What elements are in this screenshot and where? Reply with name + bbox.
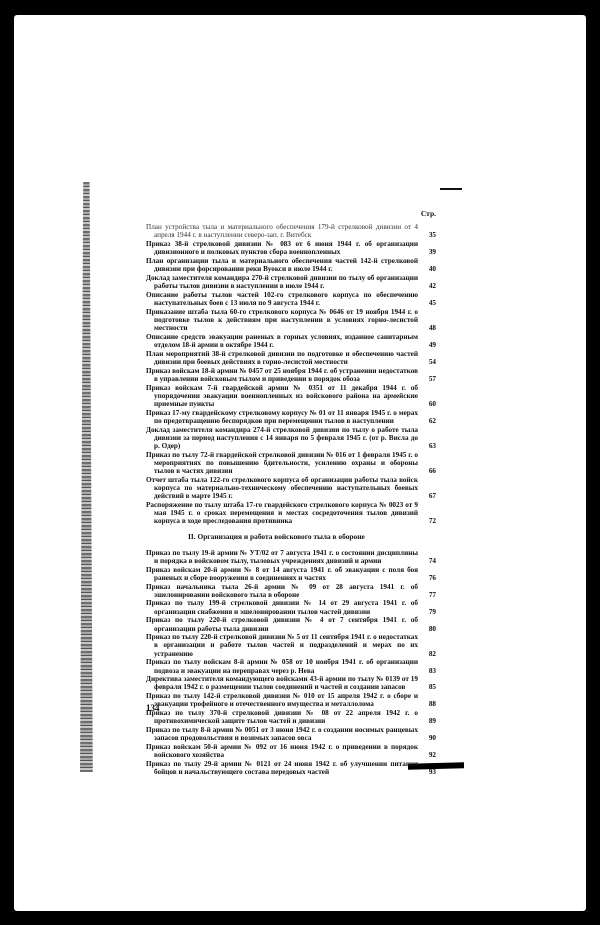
toc-entry-page: 89 (424, 717, 436, 725)
toc-entry: План устройства тыла и материального обе… (146, 223, 436, 239)
toc-entry-title: Доклад заместителя командира 270-й стрел… (146, 274, 424, 290)
toc-entry-page: 74 (424, 557, 436, 565)
toc-entry: Приказ по тылу 72-й гвардейской стрелков… (146, 451, 436, 476)
toc-entry: Приказ войскам 18-й армии № 0457 от 25 н… (146, 367, 436, 383)
toc-entry-page: 83 (424, 667, 436, 675)
toc-entry-title: Приказ 17-му гвардейскому стрелковому ко… (146, 409, 424, 425)
toc-entry-title: Приказ по тылу 29-й армии № 0121 от 24 и… (146, 760, 424, 776)
toc-entry-title: Доклад заместителя командира 274-й стрел… (146, 426, 424, 451)
toc-entry-title: Приказ 38-й стрелковой дивизии № 083 от … (146, 240, 424, 256)
toc-entry-title: Распоряжение по тылу штаба 17-го гвардей… (146, 501, 424, 526)
toc-entry-page: 67 (424, 492, 436, 500)
toc-entry-page: 90 (424, 734, 436, 742)
toc-entry-page: 72 (424, 517, 436, 525)
toc-entry-title: Приказ по тылу 8-й армии № 0051 от 3 июн… (146, 726, 424, 742)
toc-entry: Приказ по тылу 8-й армии № 0051 от 3 июн… (146, 726, 436, 742)
toc-entry: Доклад заместителя командира 274-й стрел… (146, 426, 436, 451)
page-number: 134 (146, 703, 160, 713)
toc-entry-page: 76 (424, 574, 436, 582)
toc-entry: Приказ по тылу 199-й стрелковой дивизии … (146, 599, 436, 615)
toc-entry: Приказ по тылу 370-й стрелковой дивизии … (146, 709, 436, 725)
toc-entry: План мероприятий 38-й стрелковой дивизии… (146, 350, 436, 366)
toc-entry: Приказ по тылу 19-й армии № УТ/02 от 7 а… (146, 549, 436, 565)
toc-entry-page: 35 (424, 231, 436, 239)
toc-entry: Приказ войскам 7-й гвардейской армии № 0… (146, 384, 436, 409)
toc-entry-page: 66 (424, 467, 436, 475)
toc-entry-title: Приказ по тылу 199-й стрелковой дивизии … (146, 599, 424, 615)
scan-mark-top (440, 188, 462, 190)
toc-entry: План организации тыла и материального об… (146, 257, 436, 273)
toc-entry-title: Приказ по тылу 370-й стрелковой дивизии … (146, 709, 424, 725)
toc-entry: Приказ по тылу войскам 8-й армии № 058 о… (146, 658, 436, 674)
toc-entry: Приказ по тылу 220-й стрелковой дивизии … (146, 616, 436, 632)
toc-entry: Приказ начальника тыла 26-й армии № 09 о… (146, 583, 436, 599)
toc-entry: Приказ по тылу 29-й армии № 0121 от 24 и… (146, 760, 436, 776)
toc-entry-page: 79 (424, 608, 436, 616)
toc-entry-title: План организации тыла и материального об… (146, 257, 424, 273)
section-1-entries: План устройства тыла и материального обе… (146, 223, 436, 525)
toc-entry: Приказ 38-й стрелковой дивизии № 083 от … (146, 240, 436, 256)
toc-entry-title: Приказ войскам 50-й армии № 092 от 16 ию… (146, 743, 424, 759)
toc-entry-title: Приказ по тылу 220-й стрелковой дивизии … (146, 633, 424, 658)
toc-entry-page: 49 (424, 341, 436, 349)
toc-entry-page: 39 (424, 248, 436, 256)
toc-entry-page: 85 (424, 683, 436, 691)
toc-entry-page: 80 (424, 625, 436, 633)
toc-entry: Приказ по тылу 220-й стрелковой дивизии … (146, 633, 436, 658)
toc-entry-title: Приказ войскам 20-й армии № 8 от 14 авгу… (146, 566, 424, 582)
toc-entry: Распоряжение по тылу штаба 17-го гвардей… (146, 501, 436, 526)
toc-entry: Доклад заместителя командира 270-й стрел… (146, 274, 436, 290)
toc-entry-title: Приказ по тылу 72-й гвардейской стрелков… (146, 451, 424, 476)
toc-entry-page: 82 (424, 650, 436, 658)
toc-entry-page: 77 (424, 591, 436, 599)
toc-entry: Описание работы тылов частей 102-го стре… (146, 291, 436, 307)
toc-entry-page: 63 (424, 442, 436, 450)
toc-entry-page: 40 (424, 265, 436, 273)
toc-entry-page: 45 (424, 299, 436, 307)
toc-entry-title: Приказание штаба тыла 60-го стрелкового … (146, 308, 424, 333)
toc-entry-title: План мероприятий 38-й стрелковой дивизии… (146, 350, 424, 366)
toc-entry: Приказ по тылу 142-й стрелковой дивизии … (146, 692, 436, 708)
toc-entry-page: 93 (424, 768, 436, 776)
toc-entry-title: Приказ начальника тыла 26-й армии № 09 о… (146, 583, 424, 599)
toc-entry: Описание средств эвакуации раненых в гор… (146, 333, 436, 349)
toc-entry: Приказ войскам 50-й армии № 092 от 16 ию… (146, 743, 436, 759)
page-column-header: Стр. (146, 210, 436, 218)
toc-entry: Директива заместителя командующего войск… (146, 675, 436, 691)
toc-entry-page: 92 (424, 751, 436, 759)
toc-entry: Приказ 17-му гвардейскому стрелковому ко… (146, 409, 436, 425)
toc-entry-title: Описание средств эвакуации раненых в гор… (146, 333, 424, 349)
toc-entry-title: Приказ по тылу войскам 8-й армии № 058 о… (146, 658, 424, 674)
toc-entry-page: 48 (424, 324, 436, 332)
toc-entry: Приказ войскам 20-й армии № 8 от 14 авгу… (146, 566, 436, 582)
toc-entry-title: План устройства тыла и материального обе… (146, 223, 424, 239)
toc-entry-page: 60 (424, 400, 436, 408)
toc-entry-page: 88 (424, 700, 436, 708)
toc-entry-title: Приказ по тылу 142-й стрелковой дивизии … (146, 692, 424, 708)
toc-entry-page: 57 (424, 375, 436, 383)
toc-entry-title: Приказ войскам 18-й армии № 0457 от 25 н… (146, 367, 424, 383)
toc-entry-page: 42 (424, 282, 436, 290)
toc-entry: Приказание штаба тыла 60-го стрелкового … (146, 308, 436, 333)
table-of-contents: Стр. План устройства тыла и материальног… (146, 210, 436, 777)
toc-entry-page: 62 (424, 417, 436, 425)
toc-entry-page: 54 (424, 358, 436, 366)
toc-entry: Отчет штаба тыла 122-го стрелкового корп… (146, 476, 436, 501)
toc-entry-title: Приказ войскам 7-й гвардейской армии № 0… (146, 384, 424, 409)
toc-entry-title: Описание работы тылов частей 102-го стре… (146, 291, 424, 307)
toc-entry-title: Директива заместителя командующего войск… (146, 675, 424, 691)
toc-entry-title: Приказ по тылу 220-й стрелковой дивизии … (146, 616, 424, 632)
section-2-entries: Приказ по тылу 19-й армии № УТ/02 от 7 а… (146, 549, 436, 776)
section-2-title: II. Организация и работа войскового тыла… (146, 533, 436, 541)
toc-entry-title: Приказ по тылу 19-й армии № УТ/02 от 7 а… (146, 549, 424, 565)
toc-entry-title: Отчет штаба тыла 122-го стрелкового корп… (146, 476, 424, 501)
